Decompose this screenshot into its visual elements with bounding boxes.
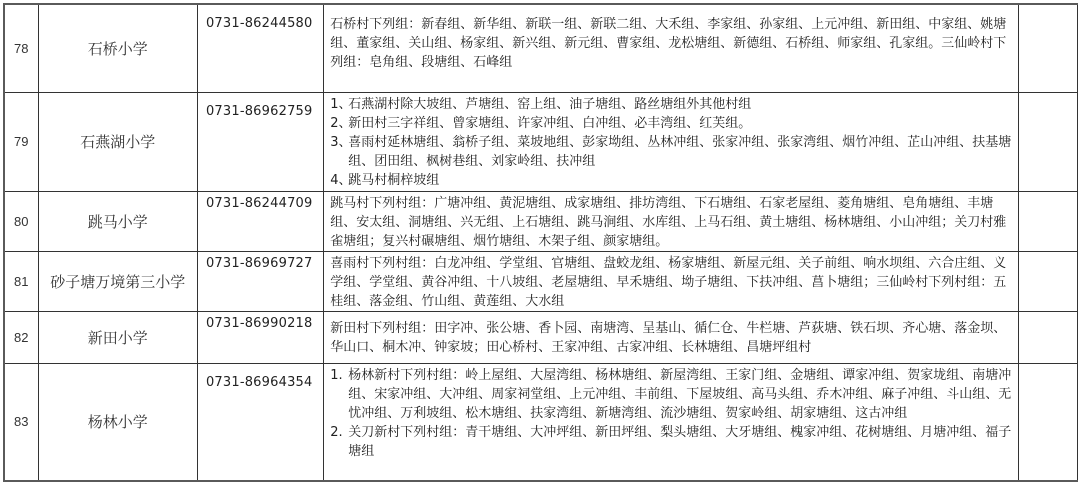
phone-number: 0731-86244709 [197,191,323,251]
row-number: 82 [4,311,38,363]
remarks-cell [1018,363,1077,481]
phone-number: 0731-86969727 [197,251,323,311]
area-list-item: 2、新田村三字祥组、曾家塘组、许家冲组、白冲组、必丰湾组、红芙组。 [330,114,1014,133]
row-number: 83 [4,363,38,481]
area-text: 跳马村下列村组：广塘冲组、黄泥塘组、成家塘组、排坊湾组、下石塘组、石家老屋组、菱… [330,194,1014,251]
area-text: 新田村下列村组：田字冲、张公塘、香卜园、南塘湾、呈基山、循仁仓、牛栏塘、芦荻塘、… [330,319,1014,357]
school-name: 石燕湖小学 [38,92,197,191]
area-text: 喜雨村下列村组：白龙冲组、学堂组、官塘组、盘蛟龙组、杨家塘组、新屋元组、关子前组… [330,254,1014,311]
area-list-item: 4、跳马村桐梓坡组 [330,171,1014,190]
enrollment-area: 跳马村下列村组：广塘冲组、黄泥塘组、成家塘组、排坊湾组、下石塘组、石家老屋组、菱… [324,191,1019,251]
table-row: 83 杨林小学 0731-86964354 1.杨林新村下列村组：岭上屋组、大屋… [4,363,1078,481]
enrollment-area: 1.杨林新村下列村组：岭上屋组、大屋湾组、杨林塘组、新屋湾组、王家门组、金塘组、… [324,363,1019,481]
table-row: 78 石桥小学 0731-86244580 石桥村下列组：新春组、新华组、新联一… [4,4,1078,92]
phone-number: 0731-86964354 [197,363,323,481]
row-number: 80 [4,191,38,251]
area-list-item: 2.关刀新村下列村组：青干塘组、大冲坪组、新田坪组、梨头塘组、大牙塘组、槐家冲组… [330,423,1014,461]
school-name: 新田小学 [38,311,197,363]
row-number: 79 [4,92,38,191]
enrollment-area: 1、石燕湖村除大坡组、芦塘组、窑上组、油子塘组、路丝塘组外其他村组 2、新田村三… [324,92,1019,191]
area-list-item: 1.杨林新村下列村组：岭上屋组、大屋湾组、杨林塘组、新屋湾组、王家门组、金塘组、… [330,366,1014,423]
table-row: 81 砂子塘万境第三小学 0731-86969727 喜雨村下列村组：白龙冲组、… [4,251,1078,311]
school-name: 跳马小学 [38,191,197,251]
remarks-cell [1018,92,1077,191]
school-name: 砂子塘万境第三小学 [38,251,197,311]
remarks-cell [1018,191,1077,251]
enrollment-area: 新田村下列村组：田字冲、张公塘、香卜园、南塘湾、呈基山、循仁仓、牛栏塘、芦荻塘、… [324,311,1019,363]
school-district-table: 78 石桥小学 0731-86244580 石桥村下列组：新春组、新华组、新联一… [3,3,1078,482]
enrollment-area: 喜雨村下列村组：白龙冲组、学堂组、官塘组、盘蛟龙组、杨家塘组、新屋元组、关子前组… [324,251,1019,311]
table-row: 80 跳马小学 0731-86244709 跳马村下列村组：广塘冲组、黄泥塘组、… [4,191,1078,251]
row-number: 78 [4,4,38,92]
enrollment-area: 石桥村下列组：新春组、新华组、新联一组、新联二组、大禾组、李家组、孙家组、上元冲… [324,4,1019,92]
remarks-cell [1018,311,1077,363]
phone-number: 0731-86244580 [197,4,323,92]
row-number: 81 [4,251,38,311]
school-name: 杨林小学 [38,363,197,481]
area-list-item: 3、喜雨村延林塘组、翁桥子组、菜坡地组、彭家坳组、丛林冲组、张家冲组、张家湾组、… [330,133,1014,171]
area-list-item: 1、石燕湖村除大坡组、芦塘组、窑上组、油子塘组、路丝塘组外其他村组 [330,95,1014,114]
table-row: 79 石燕湖小学 0731-86962759 1、石燕湖村除大坡组、芦塘组、窑上… [4,92,1078,191]
phone-number: 0731-86962759 [197,92,323,191]
phone-number: 0731-86990218 [197,311,323,363]
remarks-cell [1018,251,1077,311]
table-row: 82 新田小学 0731-86990218 新田村下列村组：田字冲、张公塘、香卜… [4,311,1078,363]
area-text: 石桥村下列组：新春组、新华组、新联一组、新联二组、大禾组、李家组、孙家组、上元冲… [330,15,1014,72]
remarks-cell [1018,4,1077,92]
school-name: 石桥小学 [38,4,197,92]
